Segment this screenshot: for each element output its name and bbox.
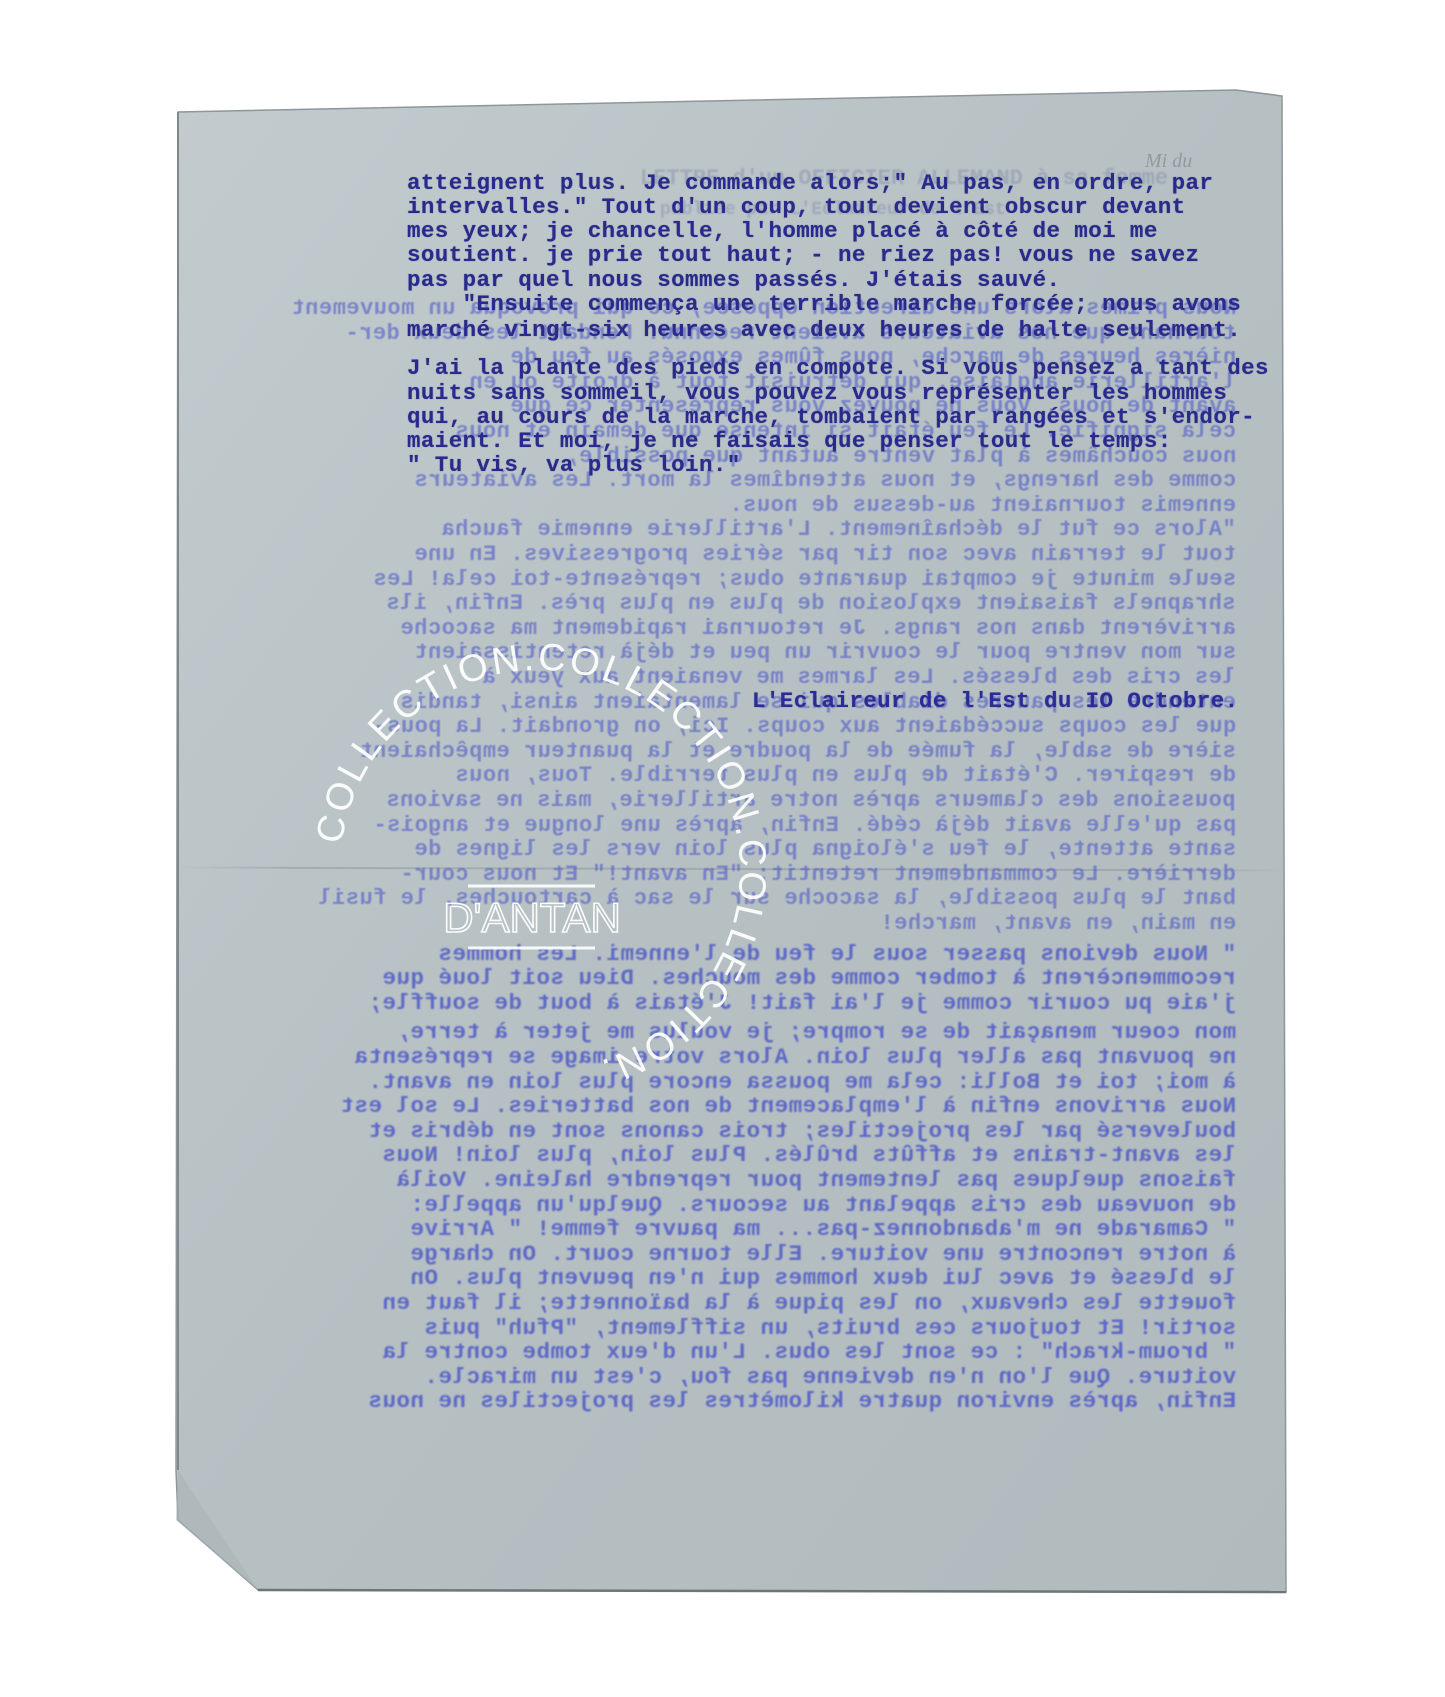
collection-dantan-watermark: COLLECTION.COLLECTION.COLLECTION. D'ANTA… (0, 0, 1445, 1697)
watermark-ring-text: COLLECTION.COLLECTION.COLLECTION. (309, 636, 774, 1093)
watermark-center-text: D'ANTAN (443, 894, 621, 941)
